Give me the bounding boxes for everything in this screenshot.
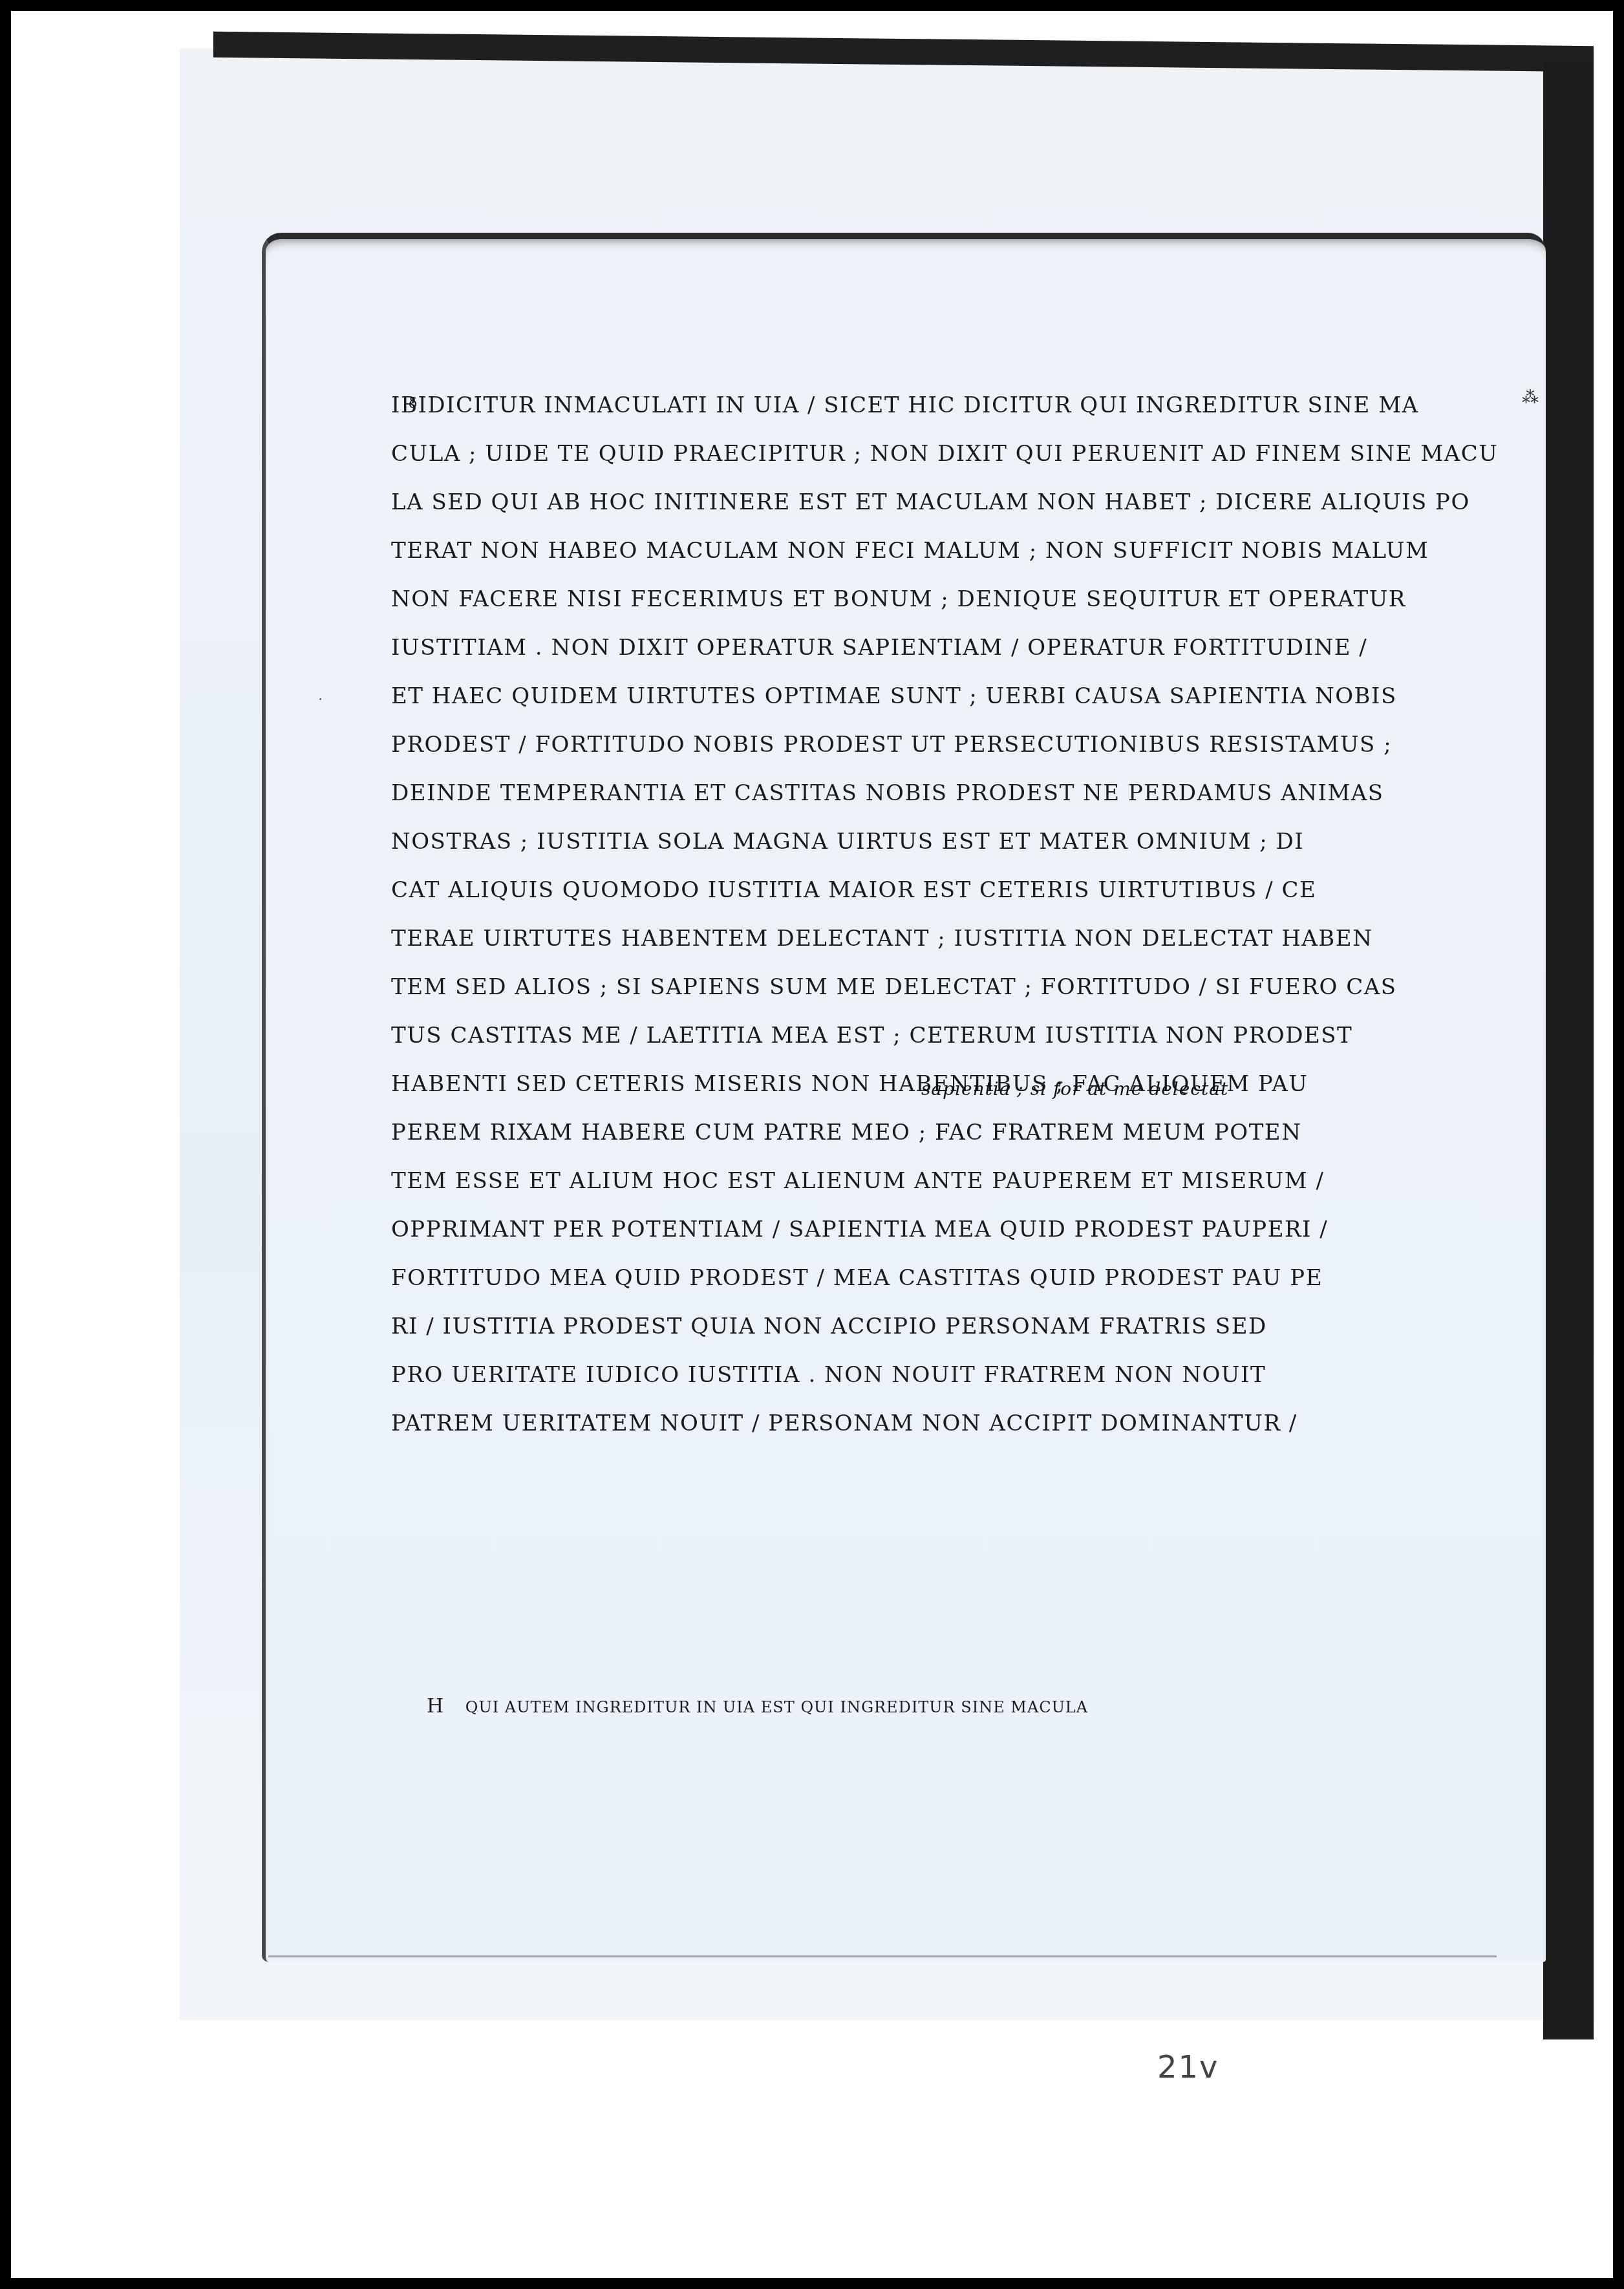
text-line: tem esse et alium hoc est alienum ante p… — [391, 1157, 1503, 1206]
text-line: cula ; uide te quid praecipitur ; non di… — [391, 430, 1503, 478]
text-line: tus castitas me / laetitia mea est ; cet… — [391, 1012, 1503, 1060]
text-line: cat aliquis quomodo iustitia maior est c… — [391, 866, 1503, 915]
bottom-marginal-note: h qui autem ingreditur in uia est qui in… — [427, 1695, 1088, 1718]
leaf-bottom-edge — [268, 1955, 1497, 1957]
left-margin-mark: · — [318, 692, 323, 708]
text-line: et haec quidem uirtutes optimae sunt ; u… — [391, 672, 1503, 721]
right-margin-mark: ⁂ — [1521, 388, 1540, 407]
manuscript-text-block: ibidicitur inmaculati in uia / Sicet hic… — [391, 381, 1503, 1448]
text-line: la sed qui ab hoc initinere est et macul… — [391, 478, 1503, 527]
note-text: qui autem ingreditur in uia est qui ingr… — [465, 1698, 1088, 1716]
text-line: terae uirtutes habentem delectant ; iust… — [391, 915, 1503, 963]
text-line: opprimant per potentiam / sapientia mea … — [391, 1206, 1503, 1254]
text-line: patrem ueritatem nouit / personam non ac… — [391, 1400, 1503, 1448]
interlinear-gloss: sapientia ; si for at me delectat — [921, 1078, 1228, 1100]
text-line: terat non habeo maculam non feci malum ;… — [391, 527, 1503, 575]
text-line: pro ueritate iudico iustitia . Non nouit… — [391, 1351, 1503, 1400]
text-line: fortitudo mea quid prodest / mea castita… — [391, 1254, 1503, 1303]
text-line: non facere nisi fecerimus et bonum ; den… — [391, 575, 1503, 624]
folio-number: 21v — [1157, 2049, 1219, 2085]
text-line: iustitiam . Non dixit operatur sapientia… — [391, 624, 1503, 672]
text-line: perem rixam habere cum patre meo ; fac f… — [391, 1109, 1503, 1157]
binding-spine-right — [1543, 61, 1594, 2039]
note-sign: h — [427, 1695, 444, 1718]
text-line: ri / Iustitia prodest quia non accipio p… — [391, 1303, 1503, 1351]
text-line: prodest / fortitudo nobis prodest ut per… — [391, 721, 1503, 769]
text-line: deinde temperantia et castitas nobis pro… — [391, 769, 1503, 818]
text-line: tem sed alios ; si sapiens sum me delect… — [391, 963, 1503, 1012]
text-line: ibidicitur inmaculati in uia / Sicet hic… — [391, 381, 1503, 430]
text-line: nostras ; Iustitia sola magna uirtus est… — [391, 818, 1503, 866]
